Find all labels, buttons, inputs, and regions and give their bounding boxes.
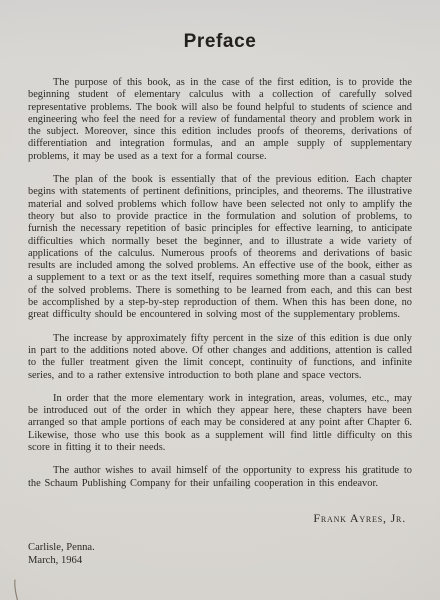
paragraph-purpose: The purpose of this book, as in the case…: [28, 77, 412, 163]
place-line: Carlisle, Penna.: [28, 541, 412, 555]
date-line: March, 1964: [28, 554, 412, 568]
paragraph-increase: The increase by approximately fifty perc…: [28, 333, 412, 382]
paragraph-gratitude: The author wishes to avail himself of th…: [28, 465, 412, 490]
preface-body: The purpose of this book, as in the case…: [28, 77, 412, 490]
place-date-block: Carlisle, Penna. March, 1964: [28, 541, 412, 568]
paragraph-ordering: In order that the more elementary work i…: [28, 393, 412, 454]
book-page: Preface The purpose of this book, as in …: [0, 0, 440, 600]
author-signature: Frank Ayres, Jr.: [28, 511, 412, 526]
page-title: Preface: [28, 0, 412, 53]
scan-artifact-mark: [10, 579, 24, 600]
paragraph-plan: The plan of the book is essentially that…: [28, 174, 412, 322]
